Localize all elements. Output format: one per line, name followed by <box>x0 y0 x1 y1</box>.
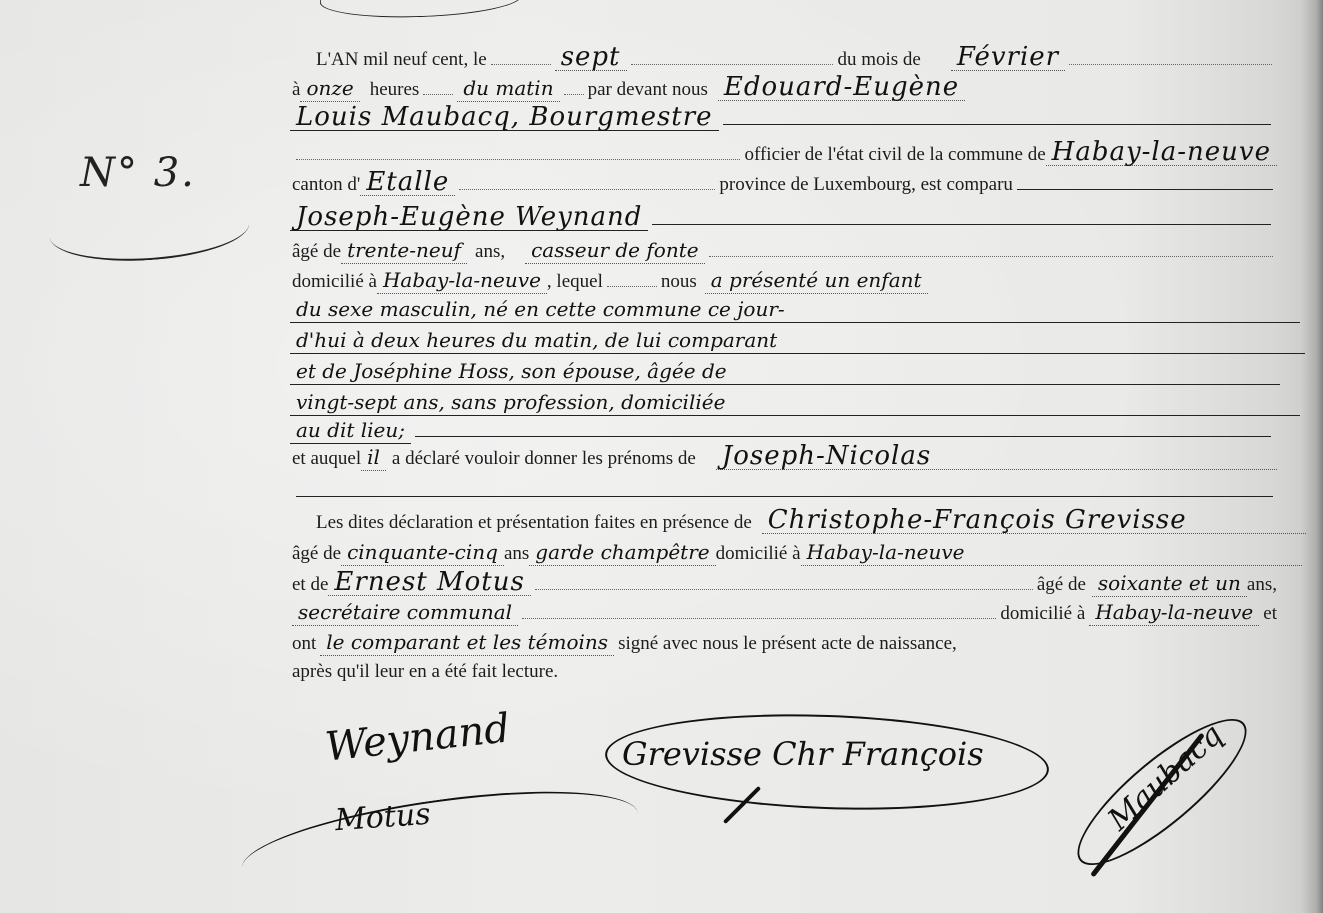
handwritten-day: sept <box>555 44 627 71</box>
printed-text: et <box>1263 599 1277 629</box>
line-signatories: ont le comparant et les témoins signé av… <box>292 629 1277 659</box>
handwritten-presentation: a présenté un enfant <box>705 267 928 294</box>
handwritten-text: au dit lieu; <box>290 417 411 444</box>
handwritten-officer-first-names: Edouard-Eugène <box>718 74 965 101</box>
line-birth-time: d'hui à deux heures du matin, de lui com… <box>290 327 1305 357</box>
line-commune: officier de l'état civil de la commune d… <box>292 139 1277 169</box>
solid-line <box>296 478 1273 497</box>
handwritten-witness2-age: soixante et un <box>1092 570 1247 597</box>
handwritten-commune: Habay-la-neuve <box>1046 139 1277 166</box>
previous-signature-flourish <box>320 0 523 21</box>
printed-text: ans, <box>475 237 505 267</box>
signature-witness1: Grevisse Chr François <box>622 735 984 773</box>
printed-text: âgé de <box>1037 570 1086 600</box>
handwritten-pronoun: il <box>361 444 386 471</box>
handwritten-witness1-age: cinquante-cinq <box>341 539 504 566</box>
printed-text: nous <box>661 267 697 297</box>
dotted-leader <box>535 571 1033 590</box>
printed-text: du mois de <box>837 45 920 75</box>
handwritten-text: et de Joséphine Hoss, son épouse, âgée d… <box>290 358 1280 385</box>
act-number-underline <box>49 211 251 267</box>
printed-text: heures <box>370 75 420 105</box>
printed-text: ans <box>504 539 529 569</box>
handwritten-witness1-name: Christophe-François Grevisse <box>762 507 1306 534</box>
handwritten-witness2-name: Ernest Motus <box>328 569 530 596</box>
dotted-leader <box>459 171 715 190</box>
line-witness2-name: et de Ernest Motus âgé de soixante et un… <box>292 569 1277 599</box>
dotted-leader <box>607 268 657 287</box>
handwritten-witness2-domicile: Habay-la-neuve <box>1089 599 1259 626</box>
line-canton: canton d' Etalle province de Luxembourg,… <box>292 169 1277 199</box>
handwritten-hour: onze <box>300 75 359 102</box>
line-child-sex: du sexe masculin, né en cette commune ce… <box>290 296 1300 326</box>
printed-text: par devant nous <box>588 75 708 105</box>
printed-text: signé avec nous le présent acte de naiss… <box>618 629 957 659</box>
line-hour: à onze heures du matin par devant nous E… <box>292 74 1302 104</box>
line-reading: après qu'il leur en a été fait lecture. <box>292 657 1277 687</box>
handwritten-declarant-domicile: Habay-la-neuve <box>377 267 547 294</box>
handwritten-declarant-name: Joseph-Eugène Weynand <box>290 204 648 231</box>
dotted-leader <box>491 46 551 65</box>
handwritten-canton: Etalle <box>360 169 455 196</box>
handwritten-month: Février <box>951 44 1065 71</box>
dotted-leader <box>423 76 453 95</box>
printed-text: domicilié à <box>1000 599 1085 629</box>
printed-text: âgé de <box>292 237 341 267</box>
handwritten-signatories: le comparant et les témoins <box>320 629 614 656</box>
printed-text: a déclaré vouloir donner les prénoms de <box>392 444 696 474</box>
solid-line <box>415 418 1271 437</box>
printed-text: ont <box>292 629 316 659</box>
page-spine-shadow <box>1301 0 1323 913</box>
printed-text: domicilié à <box>292 267 377 297</box>
act-number: N° 3. <box>80 150 196 196</box>
line-declarant-name: Joseph-Eugène Weynand <box>290 204 1275 234</box>
printed-text: à <box>292 75 300 105</box>
handwritten-text: vingt-sept ans, sans profession, domicil… <box>290 389 1300 416</box>
printed-text: Les dites déclaration et présentation fa… <box>316 508 752 538</box>
line-mother: et de Joséphine Hoss, son épouse, âgée d… <box>290 358 1280 388</box>
handwritten-time-of-day: du matin <box>457 75 559 102</box>
line-blank <box>292 478 1277 508</box>
handwritten-declarant-occupation: casseur de fonte <box>525 237 704 264</box>
solid-line <box>1017 171 1273 190</box>
line-date: L'AN mil neuf cent, le sept du mois de F… <box>316 44 1276 74</box>
line-witness1-details: âgé de cinquante-cinq ans garde champêtr… <box>292 539 1302 569</box>
dotted-leader <box>564 76 584 95</box>
solid-line <box>652 206 1271 225</box>
printed-text: L'AN mil neuf cent, le <box>316 45 487 75</box>
printed-text: domicilié à <box>716 539 801 569</box>
handwritten-text: d'hui à deux heures du matin, de lui com… <box>290 327 1305 354</box>
solid-line <box>723 106 1271 125</box>
printed-text: ans, <box>1247 570 1277 600</box>
dotted-leader <box>522 600 996 619</box>
line-given-names: et auquel il a déclaré vouloir donner le… <box>292 443 1277 473</box>
signature-witness2-flourish <box>236 773 644 910</box>
handwritten-child-names: Joseph-Nicolas <box>716 443 1277 470</box>
line-declarant-age: âgé de trente-neuf ans, casseur de fonte <box>292 237 1277 267</box>
register-page: N° 3. L'AN mil neuf cent, le sept du moi… <box>0 0 1323 913</box>
line-officer-name: Louis Maubacq, Bourgmestre <box>290 104 1275 134</box>
handwritten-officer-name: Louis Maubacq, Bourgmestre <box>290 104 719 131</box>
handwritten-witness2-occupation: secrétaire communal <box>292 599 518 626</box>
line-witness2-details: secrétaire communal domicilié à Habay-la… <box>292 599 1277 629</box>
printed-text: , lequel <box>547 267 603 297</box>
line-declarant-domicile: domicilié à Habay-la-neuve , lequel nous… <box>292 267 1277 297</box>
line-mother-details: vingt-sept ans, sans profession, domicil… <box>290 389 1300 419</box>
dotted-leader <box>296 141 740 160</box>
handwritten-declarant-age: trente-neuf <box>341 237 467 264</box>
printed-text: et auquel <box>292 444 361 474</box>
printed-text: canton d' <box>292 170 360 200</box>
handwritten-witness1-domicile: Habay-la-neuve <box>801 539 1302 566</box>
dotted-leader <box>1069 46 1272 65</box>
handwritten-text: du sexe masculin, né en cette commune ce… <box>290 296 1300 323</box>
printed-text: après qu'il leur en a été fait lecture. <box>292 657 558 687</box>
printed-text: et de <box>292 570 328 600</box>
handwritten-witness1-occupation: garde champêtre <box>529 539 715 566</box>
signature-father: Weynand <box>323 705 512 770</box>
printed-text: province de Luxembourg, est comparu <box>719 170 1013 200</box>
printed-text: officier de l'état civil de la commune d… <box>744 140 1045 170</box>
printed-text: âgé de <box>292 539 341 569</box>
dotted-leader <box>709 238 1273 257</box>
dotted-leader <box>631 46 834 65</box>
line-witnesses-intro: Les dites déclaration et présentation fa… <box>316 507 1306 537</box>
